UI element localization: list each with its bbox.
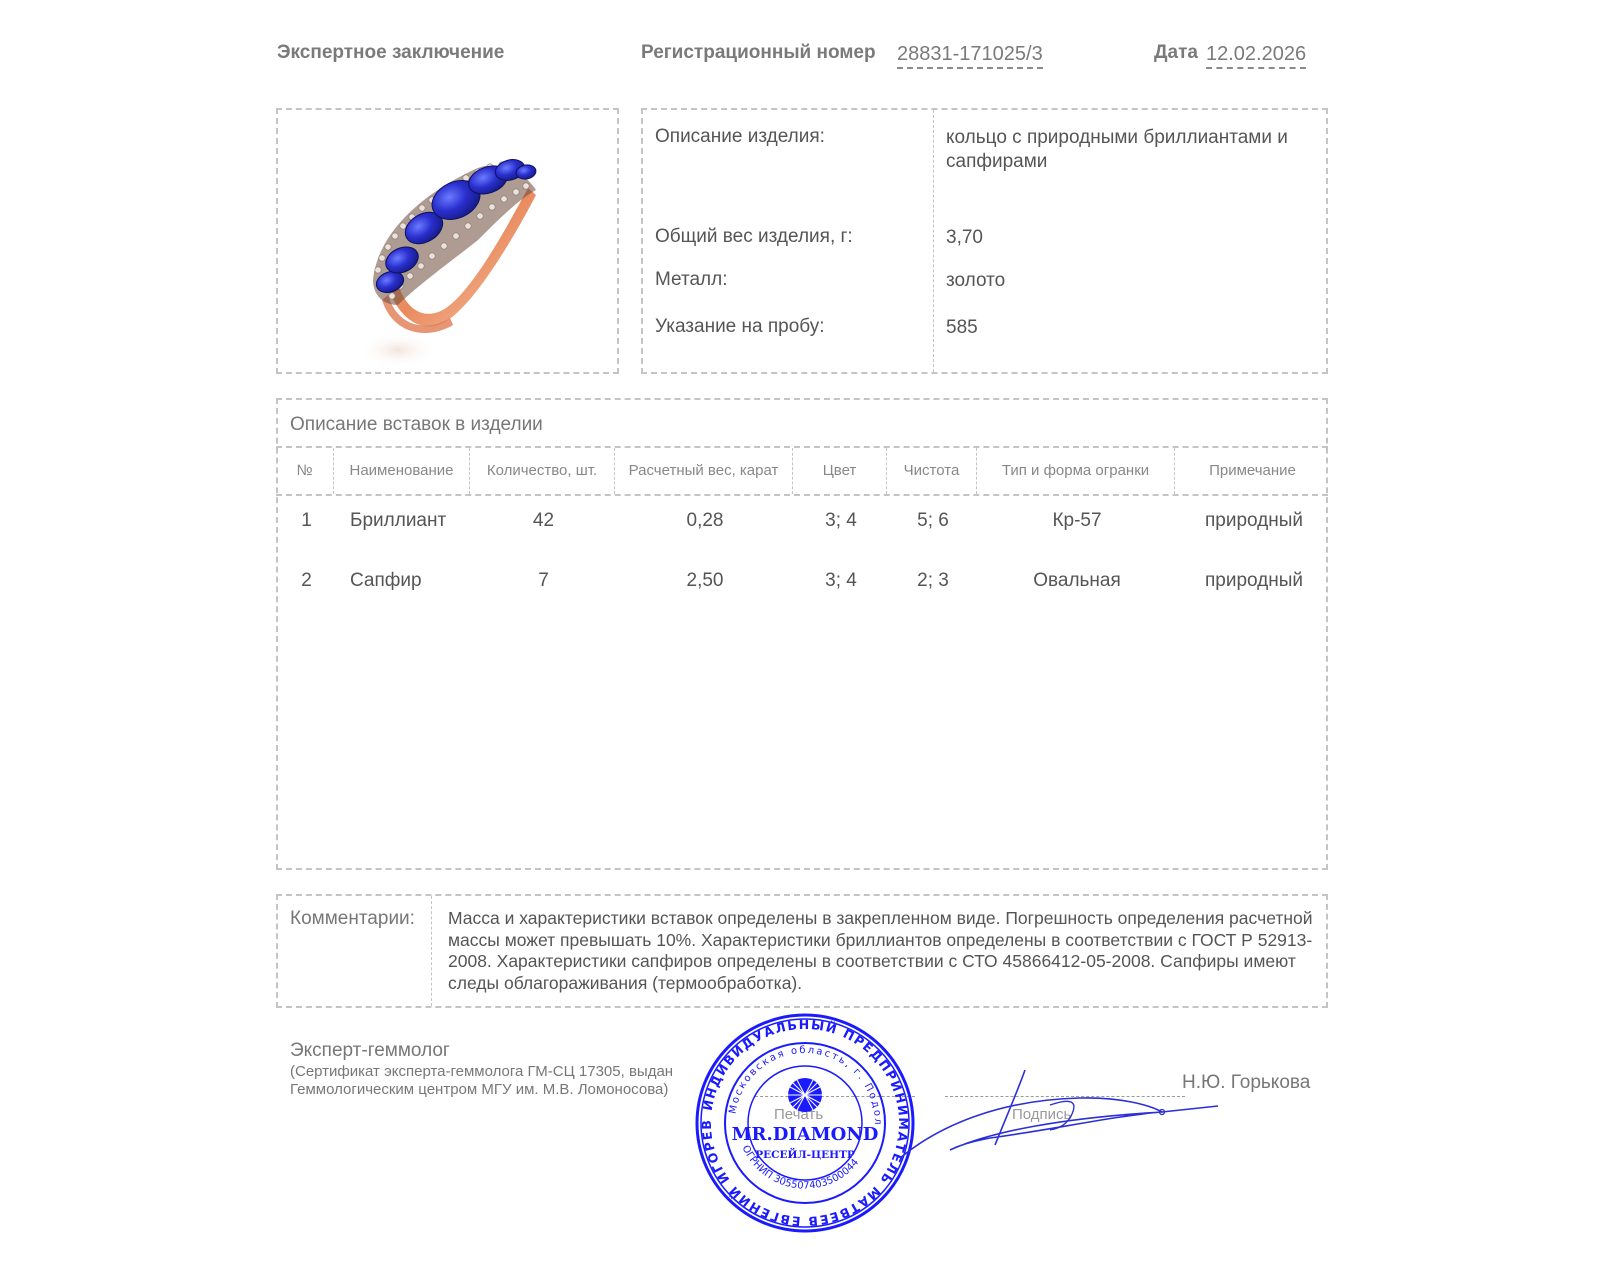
assay-value: 585: [946, 316, 1316, 340]
signature-scribble: [900, 1070, 1220, 1165]
column-header: Примечание: [1174, 448, 1330, 494]
signature-icon: [900, 1070, 1220, 1160]
cell-weight: 2,50: [616, 570, 794, 592]
svg-text:РЕСЕЙЛ-ЦЕНТР: РЕСЕЙЛ-ЦЕНТР: [755, 1146, 855, 1161]
description-label: Описание изделия:: [655, 126, 825, 148]
metal-label: Металл:: [655, 269, 727, 291]
column-header: Расчетный вес, карат: [614, 448, 792, 494]
date-value: 12.02.2026: [1206, 43, 1306, 69]
cell-quantity: 42: [471, 510, 616, 532]
column-header: Наименование: [333, 448, 469, 494]
table-row: 1 Бриллиант 42 0,28 3; 4 5; 6 Кр-57 прир…: [278, 510, 1326, 540]
description-value: кольцо с природными бриллиантами и сапфи…: [946, 126, 1316, 174]
svg-text:MR.DIAMOND: MR.DIAMOND: [732, 1124, 879, 1145]
column-header: Цвет: [792, 448, 886, 494]
cell-note: природный: [1176, 510, 1332, 532]
document-title: Экспертное заключение: [277, 42, 504, 64]
column-header: Чистота: [886, 448, 976, 494]
cell-cut: Кр-57: [978, 510, 1176, 532]
expert-title: Эксперт-геммолог: [290, 1040, 450, 1062]
cell-clarity: 2; 3: [888, 570, 978, 592]
cell-clarity: 5; 6: [888, 510, 978, 532]
column-header: №: [276, 448, 333, 494]
cell-name: Бриллиант: [350, 510, 446, 532]
comments-panel: Комментарии: Масса и характеристики вста…: [276, 894, 1328, 1008]
cell-name: Сапфир: [350, 570, 422, 592]
item-info-panel: Описание изделия: кольцо с природными бр…: [641, 108, 1328, 374]
company-stamp: ИНДИВИДУАЛЬНЫЙ ПРЕДПРИНИМАТЕЛЬ МАТВЕЕВ Е…: [694, 1012, 916, 1239]
comments-text: Масса и характеристики вставок определен…: [448, 908, 1318, 994]
cell-weight: 0,28: [616, 510, 794, 532]
info-divider: [933, 110, 934, 372]
inserts-table: Описание вставок в изделии № Наименовани…: [276, 398, 1328, 870]
table-row: 2 Сапфир 7 2,50 3; 4 2; 3 Овальная приро…: [278, 570, 1326, 600]
cell-note: природный: [1176, 570, 1332, 592]
assay-label: Указание на пробу:: [655, 316, 825, 338]
stamp-seal-icon: ИНДИВИДУАЛЬНЫЙ ПРЕДПРИНИМАТЕЛЬ МАТВЕЕВ Е…: [694, 1012, 916, 1234]
product-photo: [276, 108, 619, 374]
comments-label: Комментарии:: [290, 908, 415, 930]
registration-number-label: Регистрационный номер: [641, 42, 876, 64]
table-header: № Наименование Количество, шт. Расчетный…: [276, 446, 1328, 496]
cell-cut: Овальная: [978, 570, 1176, 592]
cell-quantity: 7: [471, 570, 616, 592]
column-header: Тип и форма огранки: [976, 448, 1174, 494]
weight-value: 3,70: [946, 226, 1316, 250]
cell-index: 2: [278, 570, 335, 592]
cell-index: 1: [278, 510, 335, 532]
column-header: Количество, шт.: [469, 448, 614, 494]
date-label: Дата: [1154, 42, 1198, 64]
weight-label: Общий вес изделия, г:: [655, 226, 853, 248]
inserts-title: Описание вставок в изделии: [290, 414, 543, 436]
expert-certificate: (Сертификат эксперта-геммолога ГМ-СЦ 173…: [290, 1063, 680, 1099]
comments-divider: [431, 896, 432, 1006]
ring-image-icon: [278, 110, 617, 372]
cell-color: 3; 4: [794, 510, 888, 532]
cell-color: 3; 4: [794, 570, 888, 592]
metal-value: золото: [946, 269, 1316, 293]
registration-number-value: 28831-171025/3: [897, 43, 1043, 69]
